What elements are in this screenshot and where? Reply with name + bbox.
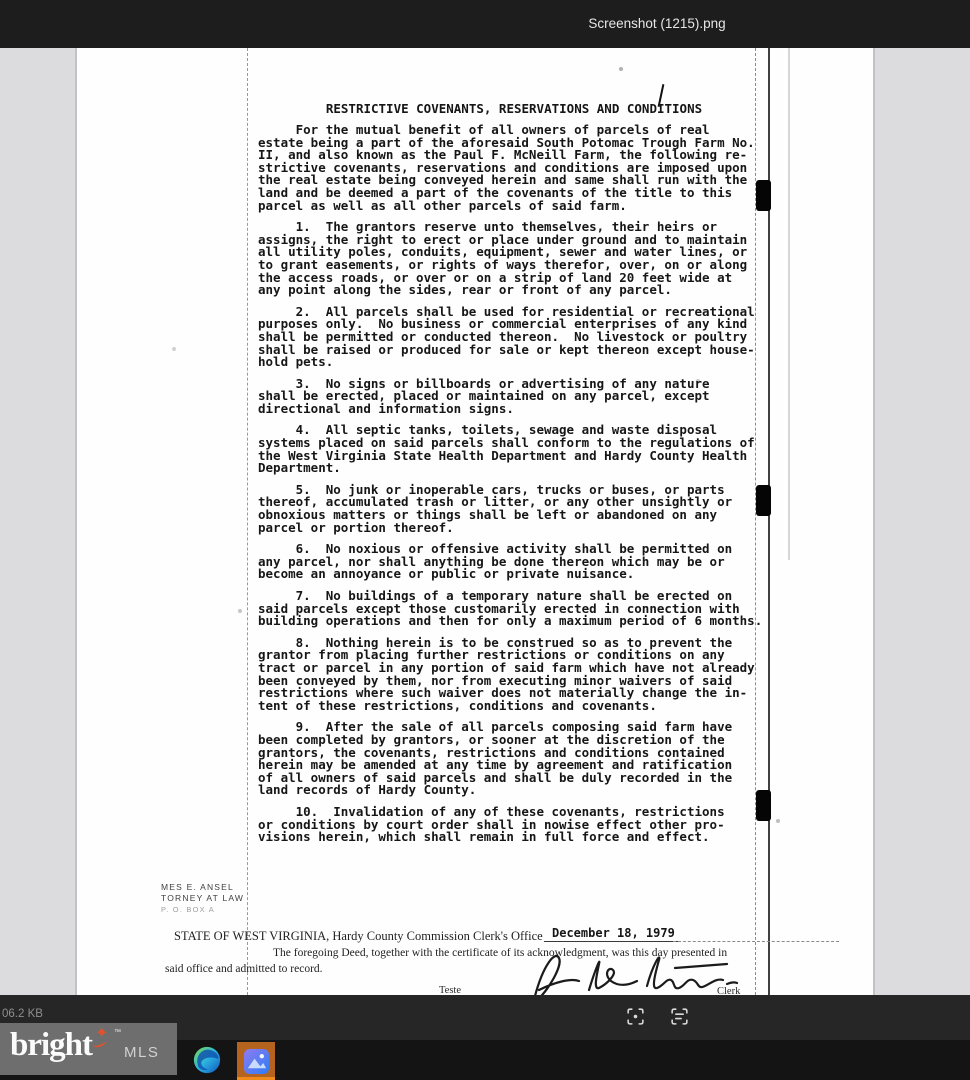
paragraph-item-4: 4. All septic tanks, toilets, sewage and… [258,424,762,474]
paragraph-item-5: 5. No junk or inoperable cars, trucks or… [258,484,762,534]
stamp-line: TORNEY AT LAW [161,893,244,904]
date-underline-tail [673,926,839,942]
scan-noise [77,48,79,50]
brand-mls-label: MLS [124,1044,159,1061]
text-actions-icon [669,1006,690,1027]
paragraph-item-7: 7. No buildings of a temporary nature sh… [258,590,762,628]
photos-icon [243,1048,270,1075]
visual-search-button[interactable] [623,1004,647,1028]
covenant-paragraphs: For the mutual benefit of all owners of … [258,124,762,844]
text-actions-button[interactable] [667,1004,691,1028]
brightmls-watermark: bright ✦ ™ MLS [0,1023,177,1075]
photo-viewer-screen: Screenshot (1215).png RESTRICTIVE COVENA… [0,0,970,1080]
document-heading: RESTRICTIVE COVENANTS, RESERVATIONS AND … [258,103,770,116]
recording-date: December 18, 1979 [544,926,681,942]
paragraph-item-2: 2. All parcels shall be used for residen… [258,306,762,369]
window-title: Screenshot (1215).png [588,16,725,31]
scan-left-margin-line [247,48,248,995]
paragraph-item-6: 6. No noxious or offensive activity shal… [258,543,762,581]
taskbar-photos-button[interactable] [237,1042,275,1080]
window-titlebar: Screenshot (1215).png [0,0,970,48]
paragraph-item-9: 9. After the sale of all parcels composi… [258,721,762,797]
scan-fold-line [788,48,790,560]
brand-swoosh [91,1036,107,1049]
deed-admitted-line: said office and admitted to record. [165,963,323,975]
taskbar-edge-button[interactable] [192,1045,222,1075]
paragraph-item-1: 1. The grantors reserve unto themselves,… [258,221,762,297]
paragraph-item-10: 10. Invalidation of any of these covenan… [258,806,762,844]
paragraph-item-3: 3. No signs or billboards or advertising… [258,378,762,416]
stamp-line: MES E. ANSEL [161,882,244,893]
brand-trademark: ™ [114,1029,121,1036]
paragraph-item-8: 8. Nothing herein is to be construed so … [258,637,762,713]
visual-search-icon [625,1006,646,1027]
edge-icon [192,1045,222,1075]
paragraph-intro: For the mutual benefit of all owners of … [258,124,762,212]
document-image[interactable]: RESTRICTIVE COVENANTS, RESERVATIONS AND … [75,48,875,995]
file-size-label: 06.2 KB [2,1008,43,1020]
brand-wordmark: bright [10,1027,92,1064]
attorney-stamp: MES E. ANSEL TORNEY AT LAW P. O. BOX A [161,882,244,915]
clerk-signature [439,944,739,995]
stamp-line: P. O. BOX A [161,904,244,915]
clerk-office-line: STATE OF WEST VIRGINIA, Hardy County Com… [174,929,543,944]
